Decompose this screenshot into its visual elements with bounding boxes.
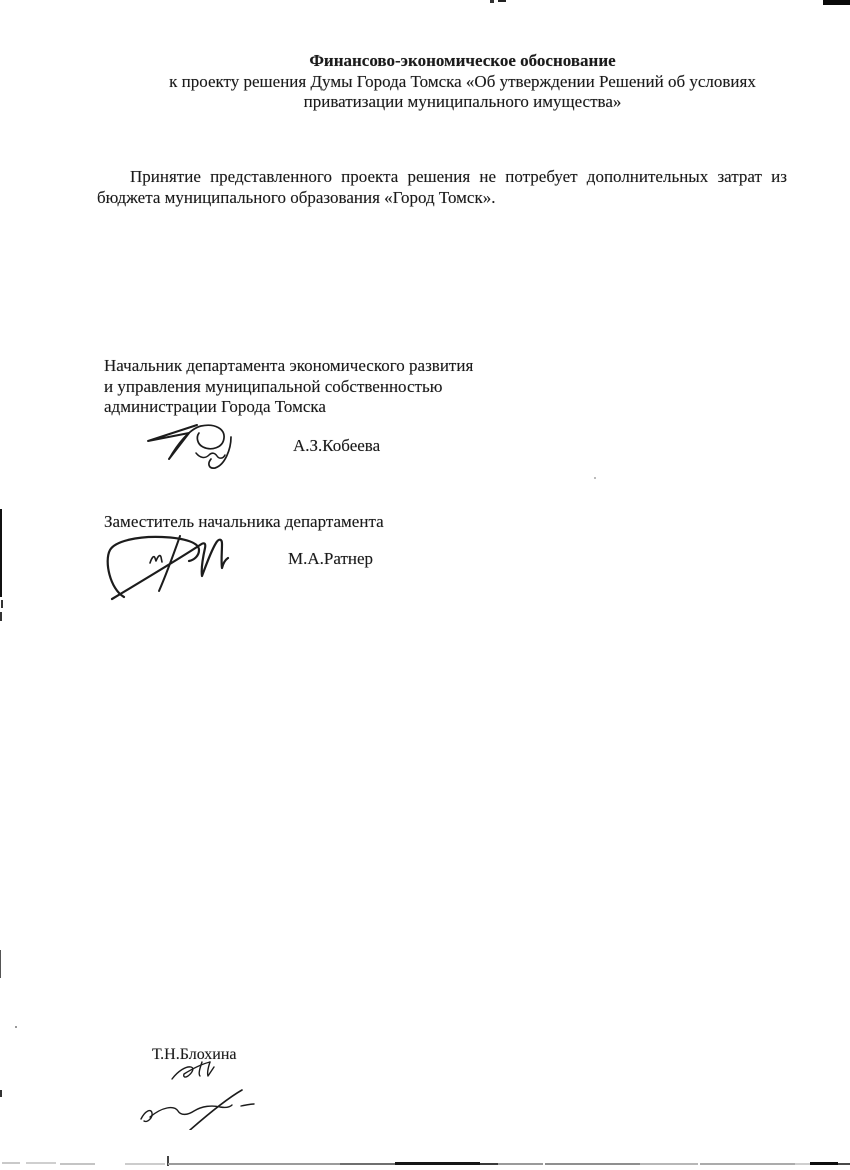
scan-artifact-left-dash <box>0 612 2 621</box>
scanned-document-page: Финансово-экономическое обоснование к пр… <box>0 0 850 1170</box>
scan-artifact-bottom-segment <box>60 1163 95 1165</box>
scan-artifact-bottom-segment <box>700 1163 795 1165</box>
signature-kobeeva <box>139 417 241 469</box>
scan-artifact-bottom-segment <box>838 1163 850 1165</box>
scan-artifact-left-dash <box>0 1090 2 1097</box>
signatory-1-position-line-2: и управления муниципальной собственность… <box>104 377 473 398</box>
scan-artifact-speck <box>15 1026 17 1028</box>
scan-artifact-bottom-segment <box>498 1163 543 1165</box>
scan-artifact-bottom-segment <box>640 1163 698 1165</box>
scan-artifact-bottom-segment <box>340 1163 395 1165</box>
signatory-2-position: Заместитель начальника департамента <box>104 512 384 533</box>
signature-blokhina-flourish <box>170 1059 218 1083</box>
scan-artifact-bottom-segment <box>26 1162 56 1164</box>
scan-artifact-bottom-segment <box>2 1162 20 1164</box>
scan-artifact-bottom-segment <box>545 1163 640 1165</box>
scan-artifact-top-tick <box>490 0 494 3</box>
document-title-heading: Финансово-экономическое обоснование <box>75 51 850 72</box>
document-title-block: Финансово-экономическое обоснование к пр… <box>75 51 850 113</box>
signatory-2-name: М.А.Ратнер <box>288 549 373 569</box>
scan-artifact-bottom-segment <box>395 1162 480 1165</box>
scan-artifact-bottom-segment <box>168 1163 340 1165</box>
signatory-1-position: Начальник департамента экономического ра… <box>104 356 473 418</box>
document-subtitle-line-1: к проекту решения Думы Города Томска «Об… <box>75 72 850 93</box>
signatory-2-position-line-1: Заместитель начальника департамента <box>104 512 384 533</box>
signature-ratner <box>102 531 240 601</box>
scan-artifact-bottom-segment <box>795 1163 810 1165</box>
scan-artifact-left-dash <box>1 600 3 608</box>
scan-artifact-top-right-bar <box>823 0 850 5</box>
scan-artifact-left-line <box>0 950 1 978</box>
signatory-1-name: А.З.Кобеева <box>293 436 380 456</box>
scan-artifact-speck <box>594 477 596 479</box>
scan-artifact-bottom-segment <box>480 1163 498 1165</box>
scan-artifact-left-line <box>0 509 2 597</box>
signature-blokhina-scribble <box>138 1086 256 1130</box>
signatory-1-position-line-3: администрации Города Томска <box>104 397 473 418</box>
scan-artifact-bottom-segment <box>810 1162 838 1165</box>
scan-artifact-top-tick <box>498 0 506 2</box>
scan-artifact-bottom-segment <box>125 1163 165 1165</box>
body-paragraph: Принятие представленного проекта решения… <box>97 166 787 208</box>
signatory-1-position-line-1: Начальник департамента экономического ра… <box>104 356 473 377</box>
document-subtitle-line-2: приватизации муниципального имущества» <box>75 92 850 113</box>
